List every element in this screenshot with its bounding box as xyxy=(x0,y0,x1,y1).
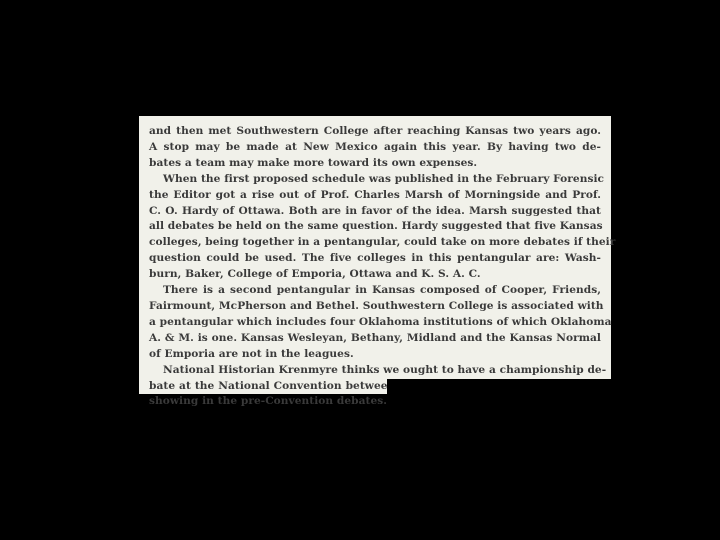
article-text: and then met Southwestern College after … xyxy=(149,124,601,410)
text-line: A stop may be made at New Mexico again t… xyxy=(149,140,601,156)
text-line: C. O. Hardy of Ottawa. Both are in favor… xyxy=(149,204,601,220)
text-line: burn, Baker, College of Emporia, Ottawa … xyxy=(149,267,601,283)
text-line: and then met Southwestern College after … xyxy=(149,124,601,140)
text-line: National Historian Krenmyre thinks we ou… xyxy=(149,363,601,379)
text-line: of Emporia are not in the leagues. xyxy=(149,347,601,363)
page-cutout xyxy=(387,379,627,409)
text-line: the Editor got a rise out of Prof. Charl… xyxy=(149,188,601,204)
text-line: a pentangular which includes four Oklaho… xyxy=(149,315,601,331)
text-line: all debates be held on the same question… xyxy=(149,219,601,235)
text-line: question could be used. The five college… xyxy=(149,251,601,267)
text-line: When the first proposed schedule was pub… xyxy=(149,172,601,188)
text-line: bates a team may make more toward its ow… xyxy=(149,156,601,172)
text-line: colleges, being together in a pentangula… xyxy=(149,235,601,251)
slide-stage: and then met Southwestern College after … xyxy=(0,0,720,540)
text-line: There is a second pentangular in Kansas … xyxy=(149,283,601,299)
scanned-page: and then met Southwestern College after … xyxy=(139,116,611,394)
text-line: Fairmount, McPherson and Bethel. Southwe… xyxy=(149,299,601,315)
text-line: A. & M. is one. Kansas Wesleyan, Bethany… xyxy=(149,331,601,347)
